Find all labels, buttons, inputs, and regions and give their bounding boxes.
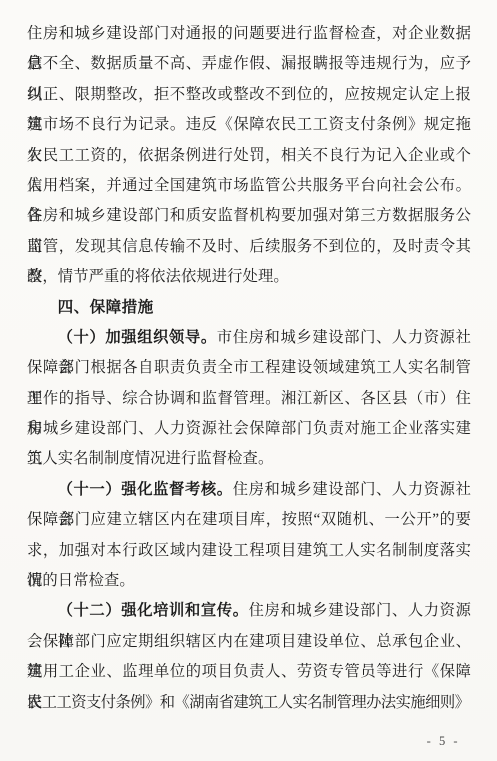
body-line: （十一）强化监督考核。住房和城乡建设部门、人力资源社会	[27, 475, 471, 505]
body-line-text: 改，情节严重的将依法依规进行处理。	[27, 268, 289, 285]
page-number: - 5 -	[427, 733, 460, 749]
body-line: （十）加强组织领导。市住房和城乡建设部门、人力资源社会	[27, 323, 471, 353]
body-line: 信用档案，并通过全国建筑市场监管公共服务平台向社会公布。各	[27, 171, 471, 201]
body-line: （十二）强化培训和宣传。住房和城乡建设部门、人力资源社	[27, 596, 471, 626]
body-line: 监管，发现其信息传输不及时、后续服务不到位的，及时责令其整	[27, 232, 471, 262]
document-body: 住房和城乡建设部门对通报的问题要进行监督检查，对企业数据信 息不全、数据质量不高…	[27, 19, 471, 718]
body-line: 民工工资支付条例》和《湖南省建筑工人实名制管理办法实施细则》	[27, 688, 471, 718]
body-line: 工作的指导、综合协调和监督管理。湘江新区、各区县（市）住房	[27, 384, 471, 414]
section-heading-text: 四、保障措施	[58, 299, 154, 316]
clause-lead-bold: （十一）强化监督考核。	[58, 481, 233, 498]
body-line: 改，情节严重的将依法依规进行处理。	[27, 262, 471, 292]
body-line: 农民工工资的，依据条例进行处罚，相关不良行为记入企业或个人	[27, 141, 471, 171]
body-line-text: 工人实名制制度情况进行监督检查。	[27, 450, 273, 467]
body-line: 住房和城乡建设部门对通报的问题要进行监督检查，对企业数据信	[27, 19, 471, 49]
body-line: 保障部门根据各自职责负责全市工程建设领域建筑工人实名制管理	[27, 353, 471, 383]
body-line: 求，加强对本行政区域内建设工程项目建筑工人实名制制度落实情	[27, 536, 471, 566]
body-line-text: 民工工资支付条例》和《湖南省建筑工人实名制管理办法实施细则》	[27, 694, 469, 711]
body-line: 会保障部门应定期组织辖区内在建项目建设单位、总承包企业、建	[27, 627, 471, 657]
body-line: 纠正、限期整改，拒不整改或整改不到位的，应按规定认定上报建	[27, 80, 471, 110]
body-line: 住房和城乡建设部门和质安监督机构要加强对第三方数据服务公司	[27, 201, 471, 231]
document-page: 住房和城乡建设部门对通报的问题要进行监督检查，对企业数据信 息不全、数据质量不高…	[0, 0, 497, 761]
body-line: 筑用工企业、监理单位的项目负责人、劳资专管员等进行《保障农	[27, 657, 471, 687]
body-line: 和城乡建设部门、人力资源社会保障部门负责对施工企业落实建筑	[27, 414, 471, 444]
body-line: 工人实名制制度情况进行监督检查。	[27, 444, 471, 474]
body-line: 息不全、数据质量不高、弄虚作假、漏报瞒报等违规行为，应予以	[27, 49, 471, 79]
body-line: 筑市场不良行为记录。违反《保障农民工工资支付条例》规定拖欠	[27, 110, 471, 140]
section-heading: 四、保障措施	[27, 293, 471, 323]
body-line-text: 况的日常检查。	[27, 572, 135, 589]
clause-lead-bold: （十）加强组织领导。	[58, 329, 217, 346]
body-line-text: 保障部门应建立辖区内在建项目库，按照“双随机、一公开”的要	[27, 511, 471, 528]
body-line: 况的日常检查。	[27, 566, 471, 596]
clause-lead-bold: （十二）强化培训和宣传。	[58, 602, 249, 619]
body-line: 保障部门应建立辖区内在建项目库，按照“双随机、一公开”的要	[27, 505, 471, 535]
